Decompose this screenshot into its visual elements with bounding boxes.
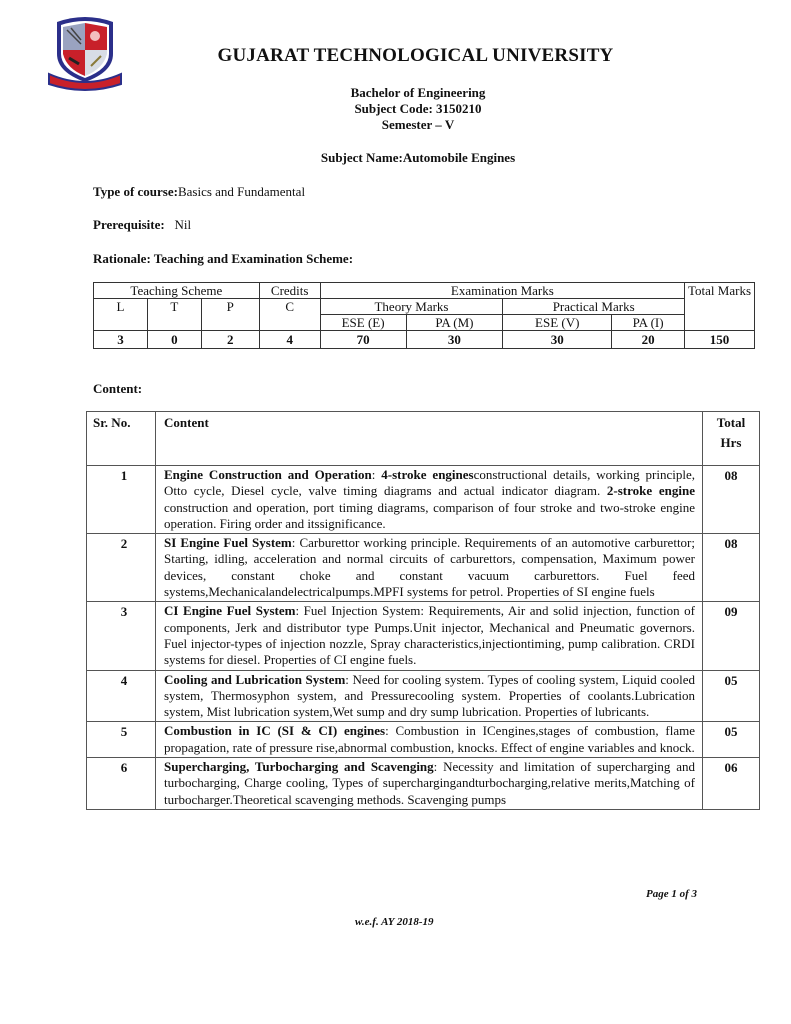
sr-no: 2 — [87, 534, 156, 602]
course-type-label: Type of course: — [93, 184, 178, 199]
content-header: Content — [156, 412, 703, 466]
content-row: 1Engine Construction and Operation: 4-st… — [87, 466, 760, 534]
sr-no-header: Sr. No. — [87, 412, 156, 466]
value-t: 0 — [147, 331, 201, 349]
col-l: L — [94, 299, 148, 331]
content-row: 4Cooling and Lubrication System: Need fo… — [87, 670, 760, 722]
subject-name: Subject Name:Automobile Engines — [0, 150, 791, 166]
total-hrs: 05 — [703, 722, 760, 758]
total-marks-header: Total Marks — [685, 283, 755, 331]
value-l: 3 — [94, 331, 148, 349]
theory-marks-header: Theory Marks — [320, 299, 503, 315]
subject-code: Subject Code: 3150210 — [0, 101, 791, 117]
total-hrs: 08 — [703, 534, 760, 602]
value-pa-i: 20 — [612, 331, 685, 349]
content-text: Cooling and Lubrication System: Need for… — [156, 670, 703, 722]
page-number: Page 1 of 3 — [646, 888, 697, 900]
total-hrs: 05 — [703, 670, 760, 722]
content-table: Sr. No. Content TotalHrs 1Engine Constru… — [86, 411, 760, 810]
rationale-heading: Rationale: Teaching and Examination Sche… — [93, 251, 353, 267]
col-p: P — [201, 299, 259, 331]
sr-no: 4 — [87, 670, 156, 722]
total-hrs-header: TotalHrs — [703, 412, 760, 466]
prerequisite-label: Prerequisite: — [93, 217, 165, 232]
sr-no: 6 — [87, 758, 156, 810]
col-t: T — [147, 299, 201, 331]
content-heading: Content: — [93, 381, 142, 397]
col-ese-e: ESE (E) — [320, 315, 406, 331]
examination-marks-header: Examination Marks — [320, 283, 684, 299]
value-ese-v: 30 — [503, 331, 612, 349]
value-p: 2 — [201, 331, 259, 349]
content-text: Combustion in IC (SI & CI) engines: Comb… — [156, 722, 703, 758]
value-pa-m: 30 — [406, 331, 503, 349]
sr-no: 3 — [87, 602, 156, 670]
teaching-scheme-header: Teaching Scheme — [94, 283, 260, 299]
col-pa-i: PA (I) — [612, 315, 685, 331]
total-hrs-header-text: TotalHrs — [717, 415, 745, 450]
sr-no: 1 — [87, 466, 156, 534]
col-c: C — [259, 299, 320, 331]
value-c: 4 — [259, 331, 320, 349]
content-text: SI Engine Fuel System: Carburettor worki… — [156, 534, 703, 602]
teaching-exam-scheme-table: Teaching Scheme Credits Examination Mark… — [93, 282, 755, 349]
content-row: 3CI Engine Fuel System: Fuel Injection S… — [87, 602, 760, 670]
value-ese-e: 70 — [320, 331, 406, 349]
course-type-value: Basics and Fundamental — [178, 184, 305, 199]
content-row: 2SI Engine Fuel System: Carburettor work… — [87, 534, 760, 602]
total-hrs: 09 — [703, 602, 760, 670]
practical-marks-header: Practical Marks — [503, 299, 685, 315]
course-type: Type of course:Basics and Fundamental — [93, 184, 305, 200]
content-row: 6Supercharging, Turbocharging and Scaven… — [87, 758, 760, 810]
prerequisite: Prerequisite: Nil — [93, 217, 191, 233]
content-row: 5Combustion in IC (SI & CI) engines: Com… — [87, 722, 760, 758]
degree: Bachelor of Engineering — [0, 85, 791, 101]
content-text: Supercharging, Turbocharging and Scaveng… — [156, 758, 703, 810]
sr-no: 5 — [87, 722, 156, 758]
effective-from: w.e.f. AY 2018-19 — [355, 916, 434, 928]
value-total: 150 — [685, 331, 755, 349]
prerequisite-value: Nil — [174, 217, 191, 232]
university-name: GUJARAT TECHNOLOGICAL UNIVERSITY — [0, 45, 791, 67]
content-text: Engine Construction and Operation: 4-str… — [156, 466, 703, 534]
col-pa-m: PA (M) — [406, 315, 503, 331]
col-ese-v: ESE (V) — [503, 315, 612, 331]
total-hrs: 06 — [703, 758, 760, 810]
content-text: CI Engine Fuel System: Fuel Injection Sy… — [156, 602, 703, 670]
semester: Semester – V — [0, 117, 791, 133]
total-hrs: 08 — [703, 466, 760, 534]
credits-header: Credits — [259, 283, 320, 299]
